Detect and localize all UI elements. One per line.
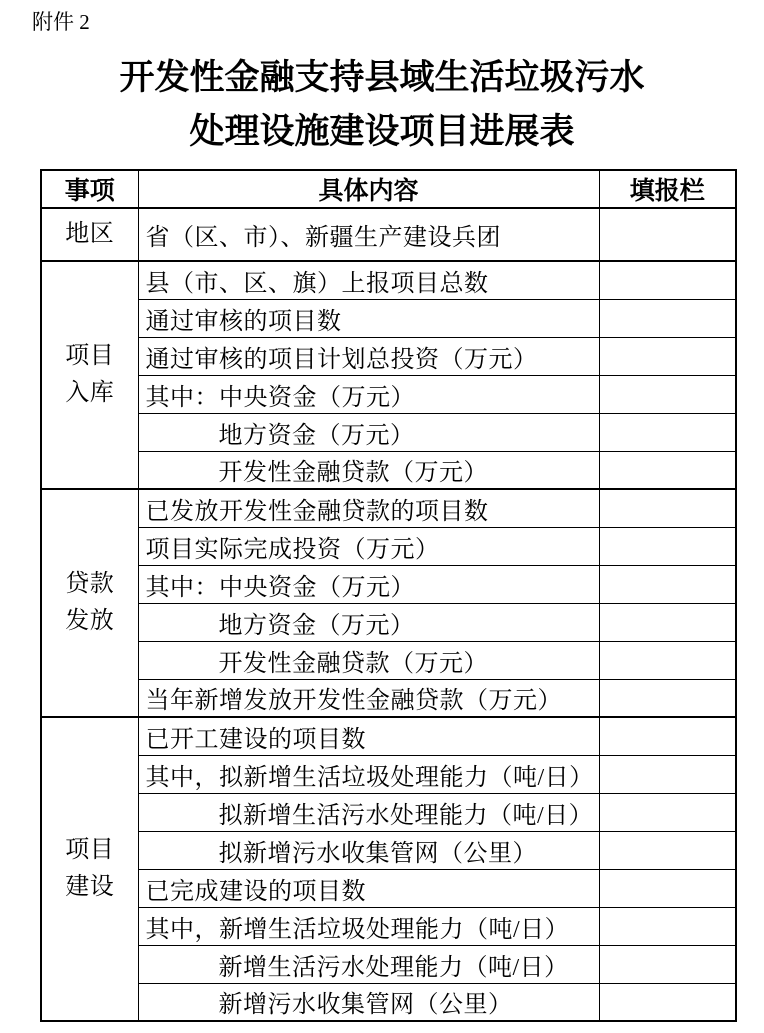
fill-in-cell[interactable] [599,413,736,451]
fill-in-cell[interactable] [599,641,736,679]
fill-in-cell[interactable] [599,755,736,793]
table-row: 已完成建设的项目数 [41,869,736,907]
content-cell: 通过审核的项目计划总投资（万元） [138,337,599,375]
content-cell: 已完成建设的项目数 [138,869,599,907]
content-cell: 开发性金融贷款（万元） [138,641,599,679]
table-row: 开发性金融贷款（万元） [41,641,736,679]
category-label: 发放 [42,603,138,640]
fill-in-cell[interactable] [599,679,736,717]
document-page: 附件 2 开发性金融支持县域生活垃圾污水 处理设施建设项目进展表 事项 具体内容… [0,0,764,1033]
header-fill: 填报栏 [599,170,736,208]
category-label: 建设 [42,869,138,906]
table-row: 新增污水收集管网（公里） [41,983,736,1021]
table-row: 当年新增发放开发性金融贷款（万元） [41,679,736,717]
category-cell-loan-issuance: 贷款 发放 [41,489,138,717]
category-label: 地区 [42,216,138,253]
attachment-label: 附件 2 [32,8,764,36]
table-row: 通过审核的项目计划总投资（万元） [41,337,736,375]
category-cell-project-construction: 项目 建设 [41,717,138,1021]
fill-in-cell[interactable] [599,261,736,299]
content-cell: 通过审核的项目数 [138,299,599,337]
content-cell: 其中：中央资金（万元） [138,565,599,603]
header-content: 具体内容 [138,170,599,208]
category-label: 项目 [42,832,138,869]
fill-in-cell[interactable] [599,793,736,831]
table-row: 地区 省（区、市）、新疆生产建设兵团 [41,208,736,261]
content-cell: 拟新增污水收集管网（公里） [138,831,599,869]
fill-in-cell[interactable] [599,945,736,983]
fill-in-cell[interactable] [599,375,736,413]
content-cell: 地方资金（万元） [138,413,599,451]
fill-in-cell[interactable] [599,489,736,527]
content-cell: 新增污水收集管网（公里） [138,983,599,1021]
table-row: 项目 入库 县（市、区、旗）上报项目总数 [41,261,736,299]
table-row: 贷款 发放 已发放开发性金融贷款的项目数 [41,489,736,527]
fill-in-cell[interactable] [599,337,736,375]
content-cell: 已开工建设的项目数 [138,717,599,755]
table-row: 地方资金（万元） [41,413,736,451]
table-row: 拟新增污水收集管网（公里） [41,831,736,869]
content-cell: 其中，新增生活垃圾处理能力（吨/日） [138,907,599,945]
fill-in-cell[interactable] [599,907,736,945]
table-header-row: 事项 具体内容 填报栏 [41,170,736,208]
document-title: 开发性金融支持县域生活垃圾污水 处理设施建设项目进展表 [0,51,764,159]
content-cell: 已发放开发性金融贷款的项目数 [138,489,599,527]
fill-in-cell[interactable] [599,603,736,641]
fill-in-cell[interactable] [599,527,736,565]
table-row: 其中，新增生活垃圾处理能力（吨/日） [41,907,736,945]
table-row: 其中：中央资金（万元） [41,565,736,603]
fill-in-cell[interactable] [599,869,736,907]
fill-in-cell[interactable] [599,451,736,489]
table-row: 地方资金（万元） [41,603,736,641]
table-row: 通过审核的项目数 [41,299,736,337]
content-cell: 项目实际完成投资（万元） [138,527,599,565]
table-row: 新增生活污水处理能力（吨/日） [41,945,736,983]
table-row: 其中：中央资金（万元） [41,375,736,413]
title-line-2: 处理设施建设项目进展表 [0,105,764,159]
table-row: 项目 建设 已开工建设的项目数 [41,717,736,755]
content-cell: 新增生活污水处理能力（吨/日） [138,945,599,983]
fill-in-cell[interactable] [599,208,736,261]
table-row: 项目实际完成投资（万元） [41,527,736,565]
category-label: 项目 [42,338,138,375]
category-label: 入库 [42,375,138,412]
content-cell: 当年新增发放开发性金融贷款（万元） [138,679,599,717]
category-cell-region: 地区 [41,208,138,261]
title-line-1: 开发性金融支持县域生活垃圾污水 [0,51,764,105]
category-label: 贷款 [42,566,138,603]
fill-in-cell[interactable] [599,717,736,755]
fill-in-cell[interactable] [599,983,736,1021]
content-cell: 省（区、市）、新疆生产建设兵团 [138,208,599,261]
content-cell: 其中：中央资金（万元） [138,375,599,413]
fill-in-cell[interactable] [599,565,736,603]
fill-in-cell[interactable] [599,831,736,869]
header-item: 事项 [41,170,138,208]
category-cell-project-intake: 项目 入库 [41,261,138,489]
progress-table: 事项 具体内容 填报栏 地区 省（区、市）、新疆生产建设兵团 项目 入库 县（ [40,169,737,1022]
content-cell: 县（市、区、旗）上报项目总数 [138,261,599,299]
content-cell: 其中，拟新增生活垃圾处理能力（吨/日） [138,755,599,793]
table-row: 开发性金融贷款（万元） [41,451,736,489]
content-cell: 开发性金融贷款（万元） [138,451,599,489]
fill-in-cell[interactable] [599,299,736,337]
content-cell: 地方资金（万元） [138,603,599,641]
table-row: 拟新增生活污水处理能力（吨/日） [41,793,736,831]
content-cell: 拟新增生活污水处理能力（吨/日） [138,793,599,831]
table-row: 其中，拟新增生活垃圾处理能力（吨/日） [41,755,736,793]
